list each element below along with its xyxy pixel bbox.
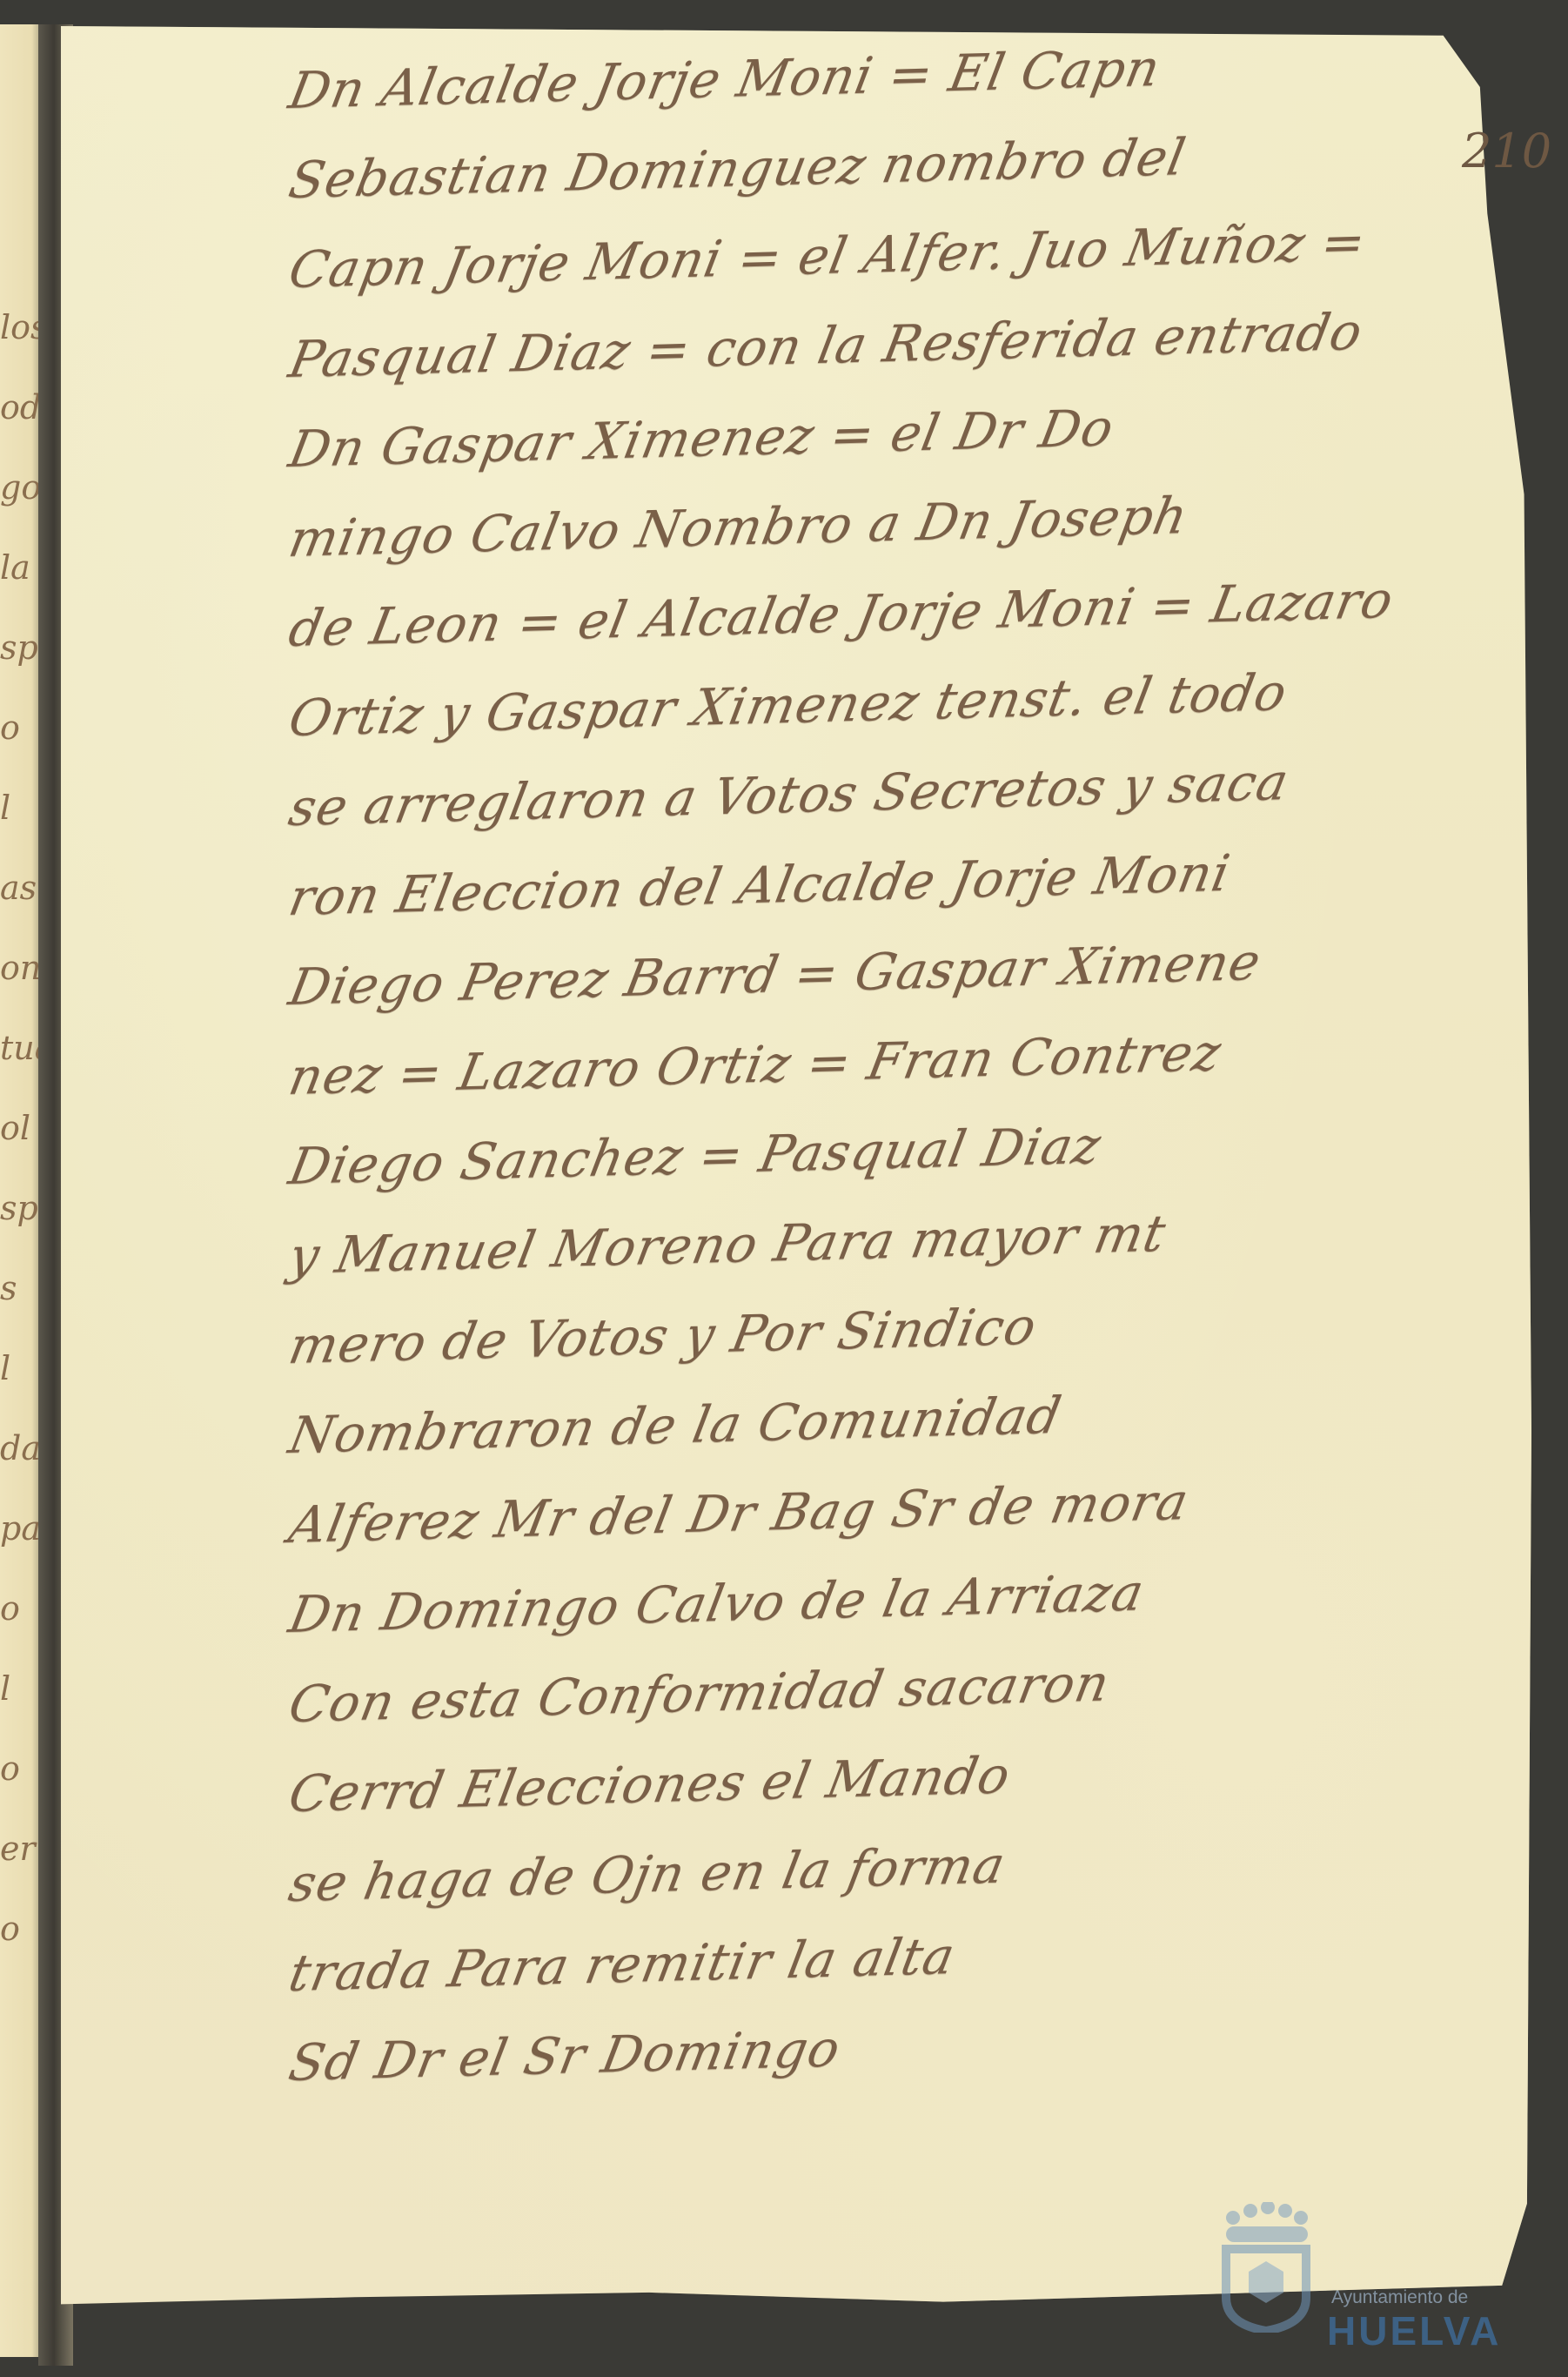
- facing-page-fragment: er: [0, 1809, 44, 1889]
- facing-page-fragment: go: [0, 447, 44, 527]
- facing-page-fragment: la: [0, 527, 44, 608]
- watermark-text-huelva: HUELVA: [1327, 2307, 1501, 2354]
- facing-page-fragment: l: [0, 768, 44, 848]
- facing-page-fragment: los: [0, 287, 44, 367]
- facing-page-fragment: tuas: [0, 1008, 44, 1088]
- facing-page-fragment: ol: [0, 1088, 44, 1168]
- facing-page-text: losodgolaspolasonotuasolspsldapaoloero: [0, 287, 44, 1969]
- facing-page-fragment: o: [0, 1729, 44, 1809]
- facing-page-fragment: sp: [0, 1168, 44, 1248]
- facing-page-fragment: as: [0, 848, 44, 928]
- facing-page-fragment: l: [0, 1648, 44, 1729]
- facing-page-fragment: ono: [0, 928, 44, 1008]
- handwritten-text-block: Dn Alcalde Jorje Moni = El Capn Sebastia…: [287, 61, 1497, 2123]
- coat-of-arms-icon: [1214, 2202, 1318, 2333]
- facing-page-fragment: o: [0, 1889, 44, 1969]
- facing-page-fragment: o: [0, 688, 44, 768]
- facing-page-fragment: s: [0, 1248, 44, 1328]
- facing-page-fragment: sp: [0, 608, 44, 688]
- facing-page-fragment: od: [0, 367, 44, 447]
- watermark-text-ayuntamiento: Ayuntamiento de: [1331, 2287, 1468, 2308]
- facing-page-fragment: da: [0, 1408, 44, 1488]
- facing-page-fragment: l: [0, 1328, 44, 1408]
- facing-page-fragment: o: [0, 1568, 44, 1648]
- facing-page-fragment: pa: [0, 1488, 44, 1568]
